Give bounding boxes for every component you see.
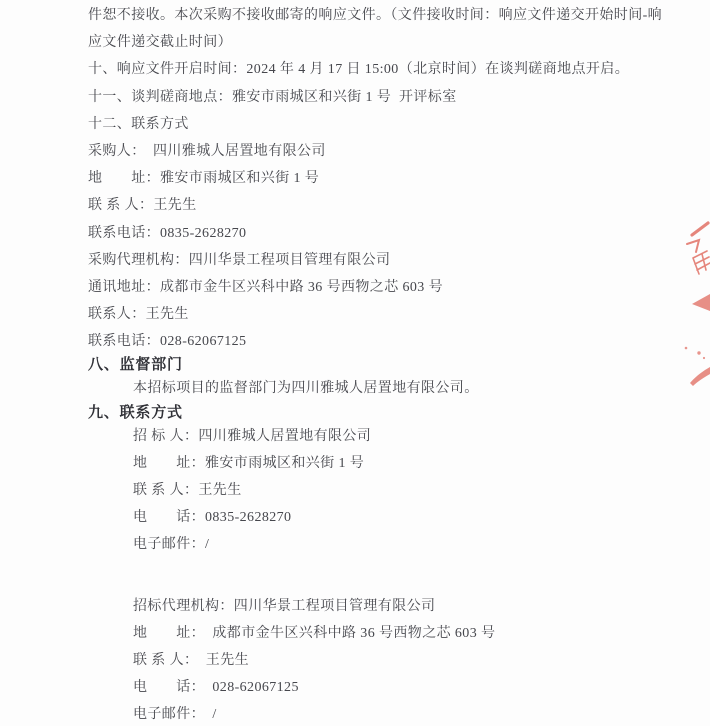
text-line: 地 址：雅安市雨城区和兴街 1 号 [88, 165, 710, 192]
section-heading: 九、联系方式 [88, 403, 710, 423]
text-line: 通讯地址：成都市金牛区兴科中路 36 号西物之芯 603 号 [88, 274, 710, 301]
text-line: 应文件递交截止时间） [88, 29, 710, 56]
text-line: 电子邮件：/ [88, 531, 710, 558]
text-line: 招 标 人：四川雅城人居置地有限公司 [88, 423, 710, 450]
text-line: 电 话： 028-62067125 [88, 674, 710, 701]
text-line: 十、响应文件开启时间：2024 年 4 月 17 日 15:00（北京时间）在谈… [88, 56, 710, 83]
text-line: 招标代理机构：四川华景工程项目管理有限公司 [88, 593, 710, 620]
text-line: 地 址： 成都市金牛区兴科中路 36 号西物之芯 603 号 [88, 620, 710, 647]
text-line: 采购代理机构：四川华景工程项目管理有限公司 [88, 247, 710, 274]
text-line: 联系人：王先生 [88, 301, 710, 328]
text-line: 本招标项目的监督部门为四川雅城人居置地有限公司。 [88, 375, 710, 402]
text-line: 采购人： 四川雅城人居置地有限公司 [88, 138, 710, 165]
text-line: 电 话：0835-2628270 [88, 504, 710, 531]
text-line: 电子邮件： / [88, 701, 710, 726]
document-page: 件恕不接收。本次采购不接收邮寄的响应文件。（文件接收时间：响应文件递交开始时间-… [0, 0, 710, 726]
text-line: 十二、联系方式 [88, 111, 710, 138]
text-line: 联系电话：0835-2628270 [88, 220, 710, 247]
text-line: 联 系 人：王先生 [88, 192, 710, 219]
text-line: 联系电话：028-62067125 [88, 328, 710, 355]
document-text-block: 件恕不接收。本次采购不接收邮寄的响应文件。（文件接收时间：响应文件递交开始时间-… [88, 2, 710, 726]
text-line: 件恕不接收。本次采购不接收邮寄的响应文件。（文件接收时间：响应文件递交开始时间-… [88, 2, 710, 29]
text-line [88, 559, 710, 593]
section-heading: 八、监督部门 [88, 355, 710, 375]
text-line: 联 系 人：王先生 [88, 477, 710, 504]
text-line: 联 系 人： 王先生 [88, 647, 710, 674]
text-line: 地 址：雅安市雨城区和兴街 1 号 [88, 450, 710, 477]
text-line: 十一、谈判磋商地点：雅安市雨城区和兴街 1 号 开评标室 [88, 84, 710, 111]
